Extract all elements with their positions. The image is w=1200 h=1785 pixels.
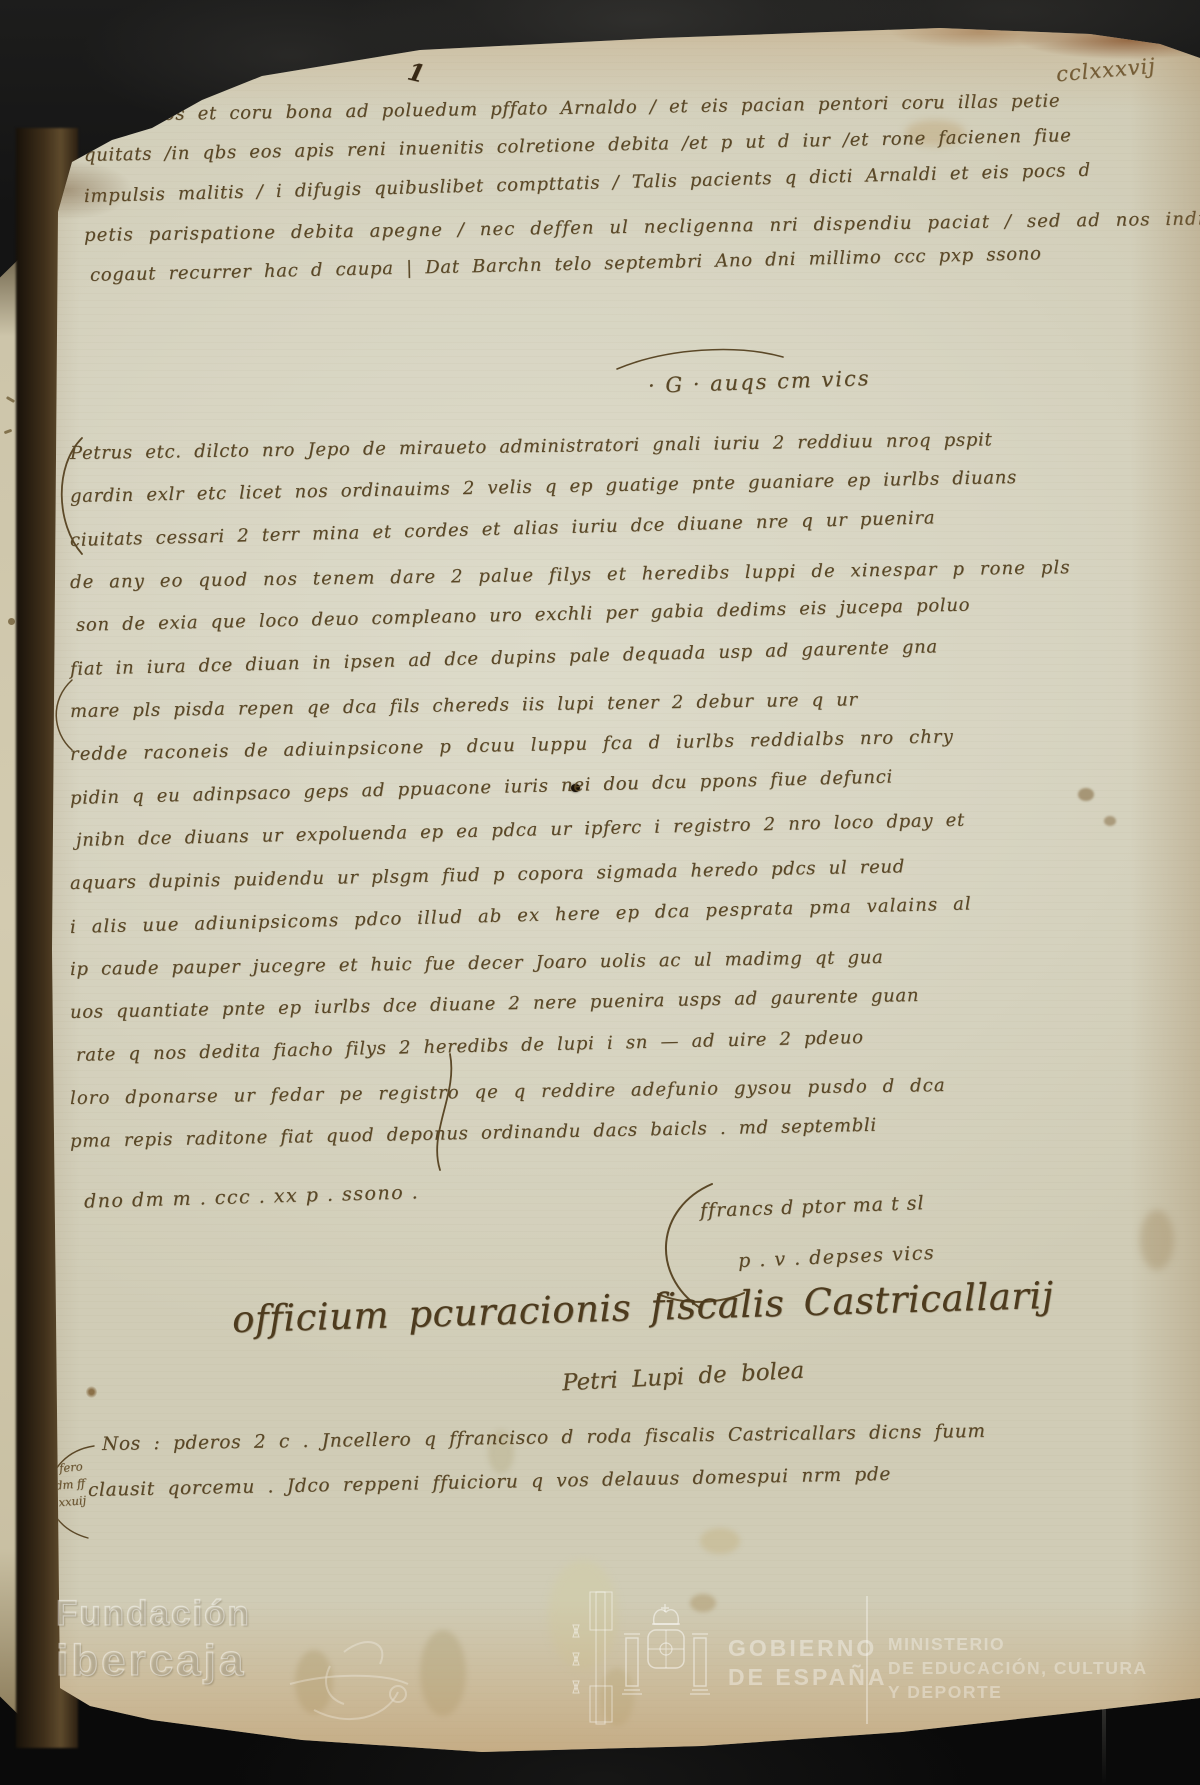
manuscript-line: son de exia que loco deuo compleano uro … bbox=[76, 581, 1077, 647]
book-edge-highlight bbox=[1102, 1706, 1106, 1785]
stain bbox=[700, 1528, 740, 1554]
flourish-swash bbox=[615, 342, 790, 374]
signature-line-1: ffrancs d ptor ma t sl bbox=[700, 1192, 925, 1222]
manuscript-line: fiat in iura dce diuan in ipsen ad dce d… bbox=[69, 622, 1070, 691]
manuscript-line: clausit qorcemu . Jdco reppeni ffuicioru… bbox=[88, 1450, 987, 1514]
stain bbox=[600, 1668, 634, 1726]
stain bbox=[1104, 816, 1116, 826]
manuscript-line: de any eo quod nos tenem dare 2 palue fi… bbox=[70, 546, 1071, 604]
stain bbox=[905, 120, 965, 146]
stain bbox=[488, 1430, 514, 1474]
manuscript-line: Nos : pderos 2 c . Jncellero q ffrancisc… bbox=[102, 1409, 986, 1468]
manuscript-line: ciuitats cessari 2 terr mina et cordes e… bbox=[69, 493, 1070, 562]
page-number: 1 bbox=[405, 56, 428, 88]
date-line: dno dm m . ccc . xx p . ssono . bbox=[84, 1181, 420, 1212]
stain bbox=[1078, 788, 1094, 801]
manuscript-line: redde raconeis de adiuinpsicone p dcuu l… bbox=[70, 713, 1071, 776]
manuscript-line: pidin q eu adinpsaco geps ad ppuacone iu… bbox=[69, 751, 1070, 820]
section-heading: officium pcuracionis fiscalis Castricall… bbox=[232, 1274, 1055, 1341]
manuscript-line: petis parispatione debita apegne / nec d… bbox=[84, 199, 1200, 256]
paragraph-1: tois petos et coru bona ad poluedum pffa… bbox=[84, 96, 1200, 296]
manuscript-line: ip caude pauper jucegre et huic fue dece… bbox=[70, 933, 1071, 991]
flourish-descender bbox=[420, 1052, 462, 1174]
stain bbox=[295, 1650, 333, 1714]
stain bbox=[548, 1560, 618, 1670]
chancery-note: · G · auqs cm vics bbox=[648, 366, 871, 398]
manuscript-line: pma repis raditone fiat quod deponus ord… bbox=[70, 1100, 1071, 1163]
stain bbox=[1140, 1210, 1174, 1270]
facing-page-ink-mark bbox=[4, 429, 13, 435]
folio-number: cclxxxvij bbox=[1055, 54, 1157, 87]
manuscript-line: gardin exlr etc licet nos ordinauims 2 v… bbox=[70, 455, 1071, 518]
manuscript-line: loro dponarse ur fedar pe registro qe q … bbox=[70, 1062, 1071, 1120]
manuscript-line: jnibn dce diuans ur expoluenda ep ea pdc… bbox=[76, 796, 1077, 862]
manuscript-line: aquars dupinis puidendu ur plsgm fiud p … bbox=[70, 842, 1071, 905]
manuscript-page: 1 cclxxxvij tois petos et coru bona ad p… bbox=[0, 0, 1200, 1785]
manuscript-line: i alis uue adiunipsicoms pdco illud ab e… bbox=[69, 880, 1070, 949]
section-subheading: Petri Lupi de bolea bbox=[561, 1358, 804, 1397]
manuscript-line: rate q nos dedita fiacho filys 2 heredib… bbox=[76, 1011, 1077, 1077]
manuscript-line: impulsis malitis / i difugis quibuslibet… bbox=[84, 147, 1200, 217]
ink-blot bbox=[571, 784, 580, 792]
manuscript-line: mare pls pisda repen qe dca fils chereds… bbox=[70, 675, 1071, 733]
stain bbox=[86, 1386, 97, 1398]
manuscript-line: cogaut recurrer hac d caupa | Dat Barchn… bbox=[90, 230, 1200, 296]
facing-page-ink-mark bbox=[6, 396, 15, 403]
manuscript-line: tois petos et coru bona ad poluedum pffa… bbox=[84, 79, 1200, 136]
manuscript-line: quitats /in qbs eos apis reni inuenitis … bbox=[84, 113, 1200, 176]
stain bbox=[420, 1630, 466, 1716]
manuscript-line: uos quantiate pnte ep iurlbs dce diuane … bbox=[70, 971, 1071, 1034]
facing-page-ink-mark bbox=[8, 618, 15, 625]
signature-bracket bbox=[640, 1180, 750, 1325]
stain bbox=[690, 1594, 716, 1612]
paragraph-3: Nos : pderos 2 c . Jncellero q ffrancisc… bbox=[102, 1422, 986, 1514]
signature-line-2: p . v . depses vics bbox=[738, 1242, 936, 1272]
manuscript-line: Petrus etc. dilcto nro Jepo de miraueto … bbox=[70, 417, 1071, 475]
paragraph-2: Petrus etc. dilcto nro Jepo de miraueto … bbox=[70, 432, 1071, 1163]
